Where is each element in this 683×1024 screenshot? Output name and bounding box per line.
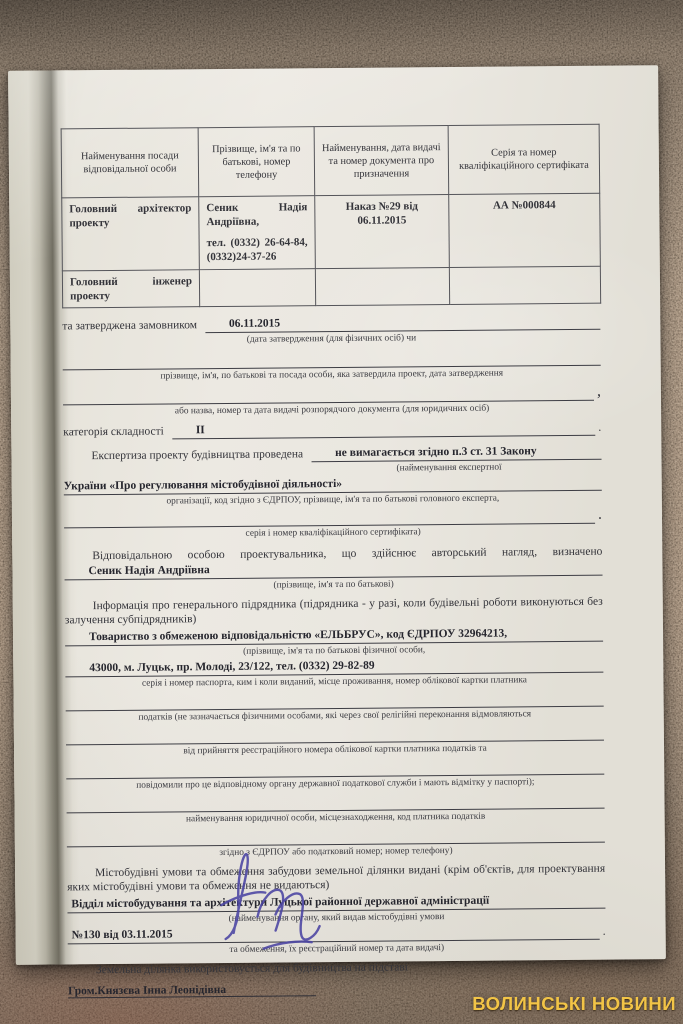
blank-form-line — [67, 821, 605, 847]
person-name: Сеник Надія Андріївна, — [206, 200, 307, 229]
certificate-cell — [449, 266, 600, 304]
line-tail-period: . — [600, 924, 606, 939]
blank-form-line — [66, 753, 604, 779]
header-position: Найменування посади відповідальної особи — [61, 128, 199, 198]
line-tail-period: . — [595, 421, 601, 436]
document-page: Найменування посади відповідальної особи… — [8, 65, 666, 965]
appointment-document-cell: Наказ №29 від 06.11.2015 — [315, 195, 450, 269]
table-header-row: Найменування посади відповідальної особи… — [61, 124, 600, 198]
caption-edrpou-phone: згідно з ЄДРПОУ або податковий номер; но… — [67, 844, 605, 860]
town-planning-authority-value: Відділ містобудування та архітектури Луц… — [67, 892, 605, 913]
caption-restrictions: та обмеження, їх реєстраційний номер та … — [68, 941, 606, 957]
expertise-value: не вимагається згідно п.3 ст. 31 Закону — [311, 444, 601, 463]
blank-form-line — [63, 345, 601, 371]
header-certificate: Серія та номер кваліфікаційного сертифік… — [448, 124, 600, 194]
position-cell: Головний інженер проекту — [62, 270, 199, 308]
approved-by-customer-line: та затверджена замовником 06.11.2015 — [62, 314, 600, 335]
blank-form-line: . — [64, 506, 602, 529]
responsible-persons-table: Найменування посади відповідальної особи… — [61, 124, 602, 309]
expertise-law-value: України «Про регулювання містобудівної д… — [64, 475, 602, 496]
line-tail-comma: , — [594, 383, 601, 401]
certificate-cell: АА №000844 — [449, 193, 601, 267]
caption-full-name: (прізвище, ім'я та по батькові) — [65, 577, 603, 593]
line-tail-period: . — [595, 506, 602, 524]
table-row-chief-architect: Головний архітектор проекту Сеник Надія … — [62, 193, 601, 271]
contractor-intro: Інформація про генерального підрядника (… — [65, 594, 603, 628]
town-planning-intro: Містобудівні умови та обмеження забудови… — [67, 861, 605, 895]
header-appointment-document: Найменування, дата видачі та номер докум… — [314, 126, 449, 196]
expertise-line: Експертиза проекту будівництва проведена… — [63, 444, 601, 465]
complexity-category-line: категорія складності ІІ . — [63, 420, 601, 441]
watermark-logo: ВОЛИНСЬКІ НОВИНИ — [472, 993, 676, 1015]
contractor-address-value: 43000, м. Луцьк, пр. Молоді, 23/122, тел… — [65, 656, 603, 677]
complexity-category-label: категорія складності — [63, 424, 172, 440]
town-planning-number-line: №130 від 03.11.2015 . — [68, 923, 606, 944]
complexity-category-value: ІІ — [172, 420, 596, 440]
approval-date-value: 06.11.2015 — [205, 314, 600, 333]
appointment-document-cell — [315, 268, 449, 306]
name-phone-cell: Сеник Надія Андріївна, тел. (0332) 26-64… — [199, 196, 316, 270]
header-name-phone: Прізвище, ім'я та по батькові, номер тел… — [198, 127, 315, 197]
name-phone-cell — [199, 269, 315, 307]
document-content: Найменування посади відповідальної особи… — [8, 65, 666, 965]
person-phone: тел. (0332) 26-64-84, (0332)24-37-26 — [207, 235, 308, 264]
approved-by-customer-label: та затверджена замовником — [62, 318, 205, 334]
blank-form-line: , — [63, 381, 601, 406]
table-row-chief-engineer: Головний інженер проекту — [62, 266, 600, 308]
land-owner-value: Гром.Князєва Інна Леонідівна — [68, 983, 316, 998]
contractor-company-value: Товариство з обмеженою відповідальністю … — [65, 625, 603, 646]
expertise-intro: Експертиза проекту будівництва проведена — [63, 447, 311, 464]
caption-expert-certificate: серія і номер кваліфікаційного сертифіка… — [64, 526, 602, 542]
caption-approver-org: або назва, номер та дата видачі розпоряд… — [63, 403, 601, 419]
position-cell: Головний архітектор проекту — [62, 197, 200, 271]
town-planning-number-value: №130 від 03.11.2015 — [68, 923, 600, 944]
